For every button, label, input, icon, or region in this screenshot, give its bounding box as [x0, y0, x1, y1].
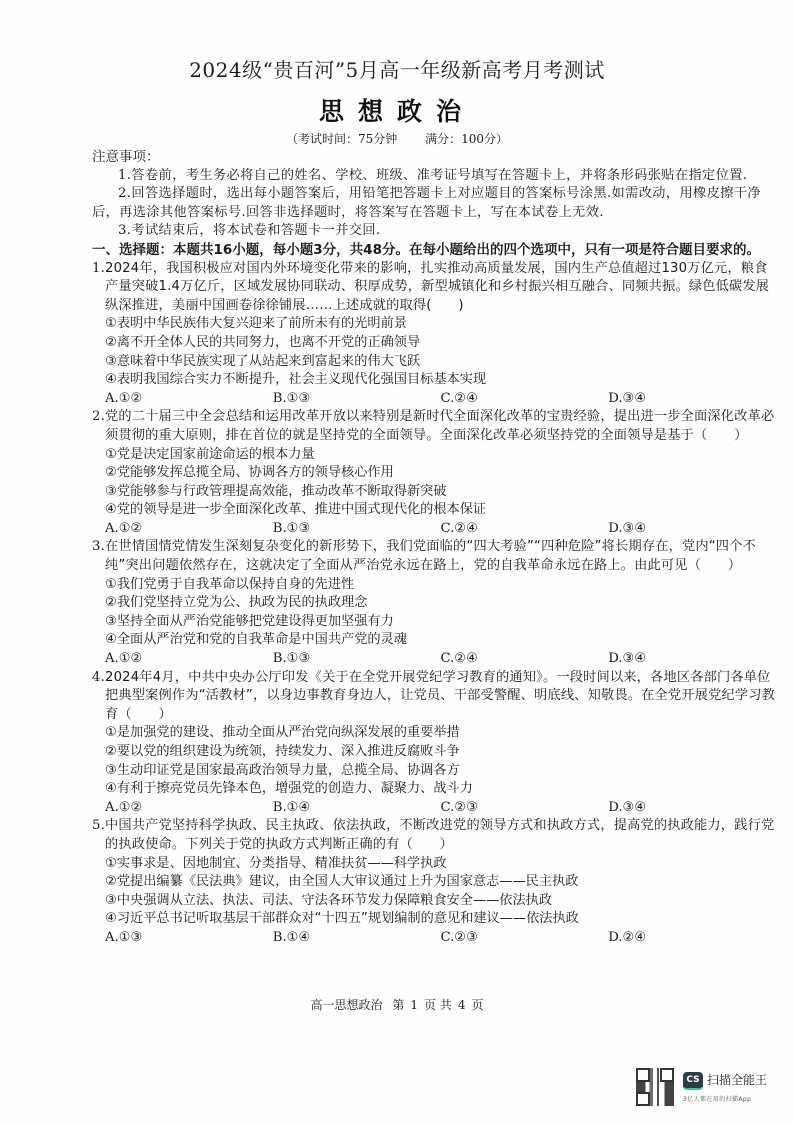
option-b: B.①③	[273, 520, 441, 539]
option-d: D.③④	[608, 390, 776, 409]
question-text: 中国共产党坚持科学执政、民主执政、依法执政，不断改进党的领导方式和执政方式，提高…	[105, 818, 774, 852]
question-stem: 2.党的二十届三中全会总结和运用改革开放以来特别是新时代全面深化改革的宝贵经验，…	[92, 408, 776, 445]
question-4: 4.2024年4月，中共中央办公厅印发《关于在全党开展党纪学习教育的通知》。一段…	[92, 669, 776, 818]
statement: ③生动印证党是国家最高政治领导力量，总揽全局、协调各方	[92, 762, 776, 781]
option-a: A.①③	[105, 929, 273, 948]
question-stem: 5.中国共产党坚持科学执政、民主执政、依法执政，不断改进党的领导方式和执政方式，…	[92, 817, 776, 854]
answer-options: A.①② B.①③ C.②④ D.③④	[92, 650, 776, 669]
option-d: D.③④	[608, 799, 776, 818]
exam-content: 注意事项： 1.答卷前，考生务必将自己的姓名、学校、班级、准考证号填写在答题卡上…	[92, 148, 776, 948]
option-a: A.①②	[105, 799, 273, 818]
statement: ④习近平总书记听取基层干部群众对“十四五”规划编制的意见和建议——依法执政	[92, 910, 776, 929]
option-c: C.②④	[441, 390, 609, 409]
camscanner-logo-icon: CS	[683, 1072, 703, 1090]
option-a: A.①②	[105, 650, 273, 669]
option-b: B.①④	[273, 929, 441, 948]
statement: ②离不开全体人民的共同努力，也离不开党的正确领导	[92, 334, 776, 353]
scanner-watermark: CS 扫描全能王 3亿人都在用的扫描App	[636, 1068, 786, 1110]
question-2: 2.党的二十届三中全会总结和运用改革开放以来特别是新时代全面深化改革的宝贵经验，…	[92, 408, 776, 538]
statement: ③意味着中华民族实现了从站起来到富起来的伟大飞跃	[92, 353, 776, 372]
question-number: 2.	[92, 409, 105, 424]
statement: ③坚持全面从严治党能够把党建设得更加坚强有力	[92, 613, 776, 632]
statement: ①表明中华民族伟大复兴迎来了前所未有的光明前景	[92, 315, 776, 334]
question-3: 3.在世情国情党情发生深刻复杂变化的新形势下，我们党面临的“四大考验”“四种危险…	[92, 538, 776, 668]
statement: ④表明我国综合实力不断提升，社会主义现代化强国目标基本实现	[92, 371, 776, 390]
page-footer: 高一思想政治 第1页 共4页	[0, 996, 794, 1013]
notice-title: 注意事项：	[92, 148, 776, 167]
answer-options: A.①② B.①③ C.②④ D.③④	[92, 520, 776, 539]
question-text: 2024年4月，中共中央办公厅印发《关于在全党开展党纪学习教育的通知》。一段时间…	[105, 670, 775, 722]
notice-item: 2.回答选择题时，选出每小题答案后，用铅笔把答题卡上对应题目的答案标号涂黑.如需…	[92, 185, 776, 222]
scanner-tagline: 3亿人都在用的扫描App	[683, 1094, 751, 1103]
answer-options: A.①② B.①④ C.②③ D.③④	[92, 799, 776, 818]
question-5: 5.中国共产党坚持科学执政、民主执政、依法执政，不断改进党的领导方式和执政方式，…	[92, 817, 776, 947]
option-c: C.②③	[441, 929, 609, 948]
option-b: B.①③	[273, 390, 441, 409]
statement: ④全面从严治党和党的自我革命是中国共产党的灵魂	[92, 631, 776, 650]
exam-title: 2024级“贵百河”5月高一年级新高考月考测试	[0, 54, 794, 83]
question-text: 2024年，我国积极应对国内外环境变化带来的影响，扎实推动高质量发展，国内生产总…	[105, 261, 769, 313]
answer-options: A.①③ B.①④ C.②③ D.②④	[92, 929, 776, 948]
option-c: C.②④	[441, 520, 609, 539]
option-c: C.②③	[441, 799, 609, 818]
question-stem: 3.在世情国情党情发生深刻复杂变化的新形势下，我们党面临的“四大考验”“四种危险…	[92, 538, 776, 575]
statement: ④有利于擦亮党员先锋本色，增强党的创造力、凝聚力、战斗力	[92, 780, 776, 799]
option-a: A.①②	[105, 390, 273, 409]
footer-subject: 高一思想政治	[311, 998, 383, 1012]
question-text: 党的二十届三中全会总结和运用改革开放以来特别是新时代全面深化改革的宝贵经验，提出…	[105, 409, 774, 443]
question-stem: 4.2024年4月，中共中央办公厅印发《关于在全党开展党纪学习教育的通知》。一段…	[92, 669, 776, 725]
statement: ①是加强党的建设、推动全面从严治党向纵深发展的重要举措	[92, 724, 776, 743]
option-b: B.①③	[273, 650, 441, 669]
question-number: 4.	[92, 670, 105, 685]
statement: ②我们党坚持立党为公、执政为民的执政理念	[92, 594, 776, 613]
question-number: 1.	[92, 261, 105, 276]
option-d: D.③④	[608, 650, 776, 669]
statement: ①我们党勇于自我革命以保持自身的先进性	[92, 576, 776, 595]
footer-page-suffix: 页	[471, 998, 483, 1012]
exam-time: （考试时间：75分钟	[286, 132, 397, 146]
option-d: D.③④	[608, 520, 776, 539]
question-stem: 1.2024年，我国积极应对国内外环境变化带来的影响，扎实推动高质量发展，国内生…	[92, 260, 776, 316]
option-c: C.②④	[441, 650, 609, 669]
notice-item: 3.考试结束后，将本试卷和答题卡一并交回.	[92, 222, 776, 241]
footer-page-total: 4	[458, 998, 466, 1012]
option-a: A.①②	[105, 520, 273, 539]
scanner-app-name: 扫描全能王	[707, 1071, 767, 1088]
question-number: 3.	[92, 539, 105, 554]
qr-code-icon	[636, 1068, 674, 1106]
statement: ①实事求是、因地制宜、分类指导、精准扶贫——科学执政	[92, 855, 776, 874]
statement: ③党能够参与行政管理提高效能，推动改革不断取得新突破	[92, 483, 776, 502]
exam-page: 2024级“贵百河”5月高一年级新高考月考测试 思想政治 （考试时间：75分钟 …	[0, 0, 794, 1123]
statement: ②党能够发挥总揽全局、协调各方的领导核心作用	[92, 464, 776, 483]
option-d: D.②④	[608, 929, 776, 948]
subject-title: 思想政治	[0, 92, 794, 128]
option-b: B.①④	[273, 799, 441, 818]
question-1: 1.2024年，我国积极应对国内外环境变化带来的影响，扎实推动高质量发展，国内生…	[92, 260, 776, 409]
notice-item: 1.答卷前，考生务必将自己的姓名、学校、班级、准考证号填写在答题卡上，并将条形码…	[92, 167, 776, 186]
statement: ③中央强调从立法、执法、司法、守法各环节发力保障粮食安全——依法执政	[92, 892, 776, 911]
question-text: 在世情国情党情发生深刻复杂变化的新形势下，我们党面临的“四大考验”“四种危险”将…	[105, 539, 756, 573]
statement: ①党是决定国家前途命运的根本力量	[92, 446, 776, 465]
question-number: 5.	[92, 818, 105, 833]
footer-page-mid: 页 共	[424, 998, 452, 1012]
section-heading: 一、选择题：本题共16小题，每小题3分，共48分。在每小题给出的四个选项中，只有…	[92, 241, 776, 260]
footer-page-prefix: 第	[392, 998, 404, 1012]
answer-options: A.①② B.①③ C.②④ D.③④	[92, 390, 776, 409]
statement: ④党的领导是进一步全面深化改革、推进中国式现代化的根本保证	[92, 501, 776, 520]
exam-meta: （考试时间：75分钟 满分：100分）	[0, 130, 794, 147]
footer-page-number: 1	[410, 998, 418, 1012]
statement: ②要以党的组织建设为统领，持续发力、深入推进反腐败斗争	[92, 743, 776, 762]
statement: ②党提出编纂《民法典》建议，由全国人大审议通过上升为国家意志——民主执政	[92, 873, 776, 892]
exam-full-score: 满分：100分）	[425, 132, 508, 146]
